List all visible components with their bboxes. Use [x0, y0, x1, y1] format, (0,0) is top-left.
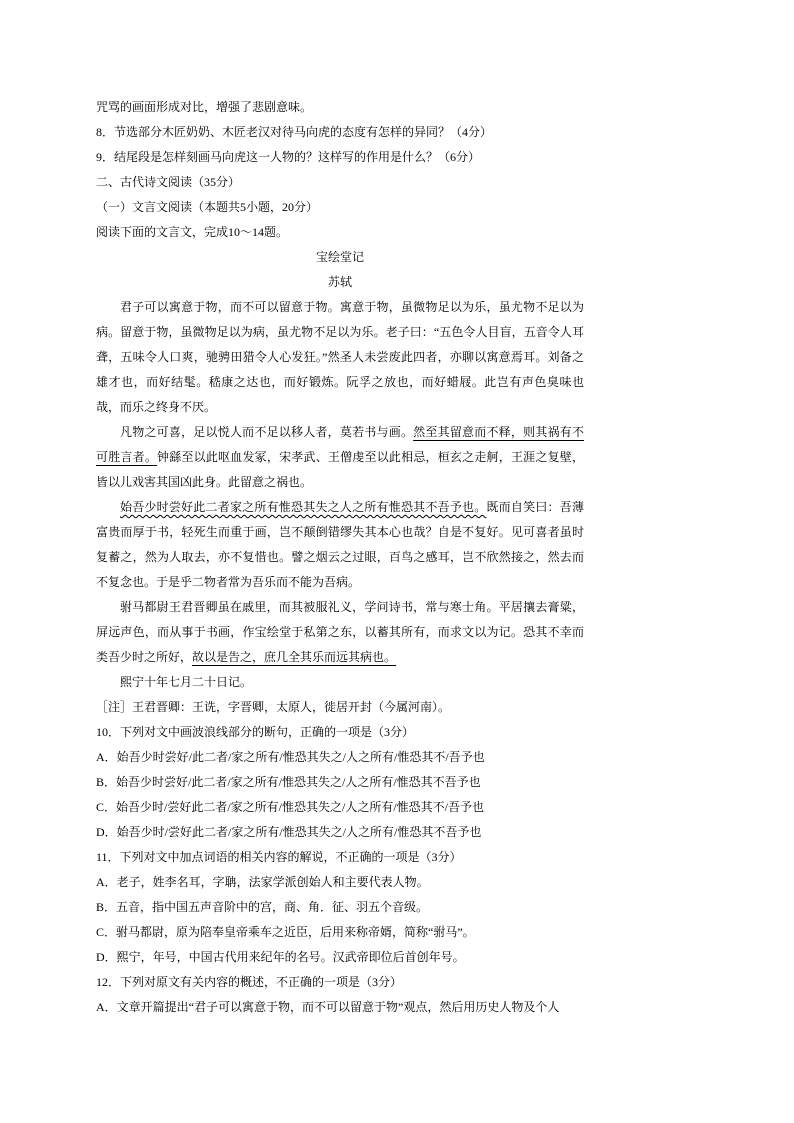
wavy-underlined-passage-segment: 始吾少时尝好此二者家之所有惟恐其失之人之所有惟恐其不吾予也。 [120, 500, 486, 514]
passage-title: 宝绘堂记 [96, 245, 584, 270]
passage-author: 苏轼 [96, 270, 584, 295]
passage-paragraph: 始吾少时尝好此二者家之所有惟恐其失之人之所有惟恐其不吾予也。既而自笑曰：吾薄富贵… [96, 495, 584, 595]
question-8: 8．节选部分木匠奶奶、木匠老汉对待马向虎的态度有怎样的异同？（4分） [96, 120, 584, 145]
exam-paper-page: 咒骂的画面形成对比，增强了悲剧意味。 8．节选部分木匠奶奶、木匠老汉对待马向虎的… [0, 0, 794, 1123]
passage-note: ［注］王君晋卿：王诜，字晋卿，太原人，徙居开封（今属河南）。 [96, 695, 584, 720]
passage-paragraph: 君子可以寓意于物，而不可以留意于物。寓意于物，虽微物足以为乐，虽尤物不足以为病。… [96, 295, 584, 420]
question-option: A．文章开篇提出“君子可以寓意于物，而不可以留意于物”观点，然后用历史人物及个人 [96, 995, 584, 1020]
passage-segment: 熙宁十年七月二十日记。 [120, 675, 252, 689]
passage-segment: 钟繇至以此呕血发冢，宋孝武、王僧虔至以此相忌，桓玄之走舸，王涯之复壁，皆以儿戏害… [96, 450, 584, 489]
question-option: C．始吾少时/尝好此二者/家之所有/惟恐其失之/人之所有/惟恐其不/吾予也 [96, 795, 584, 820]
question-stem: 12．下列对原文有关内容的概述，不正确的一项是（3分） [96, 970, 584, 995]
question-option: D．熙宁，年号，中国古代用来纪年的名号。汉武帝即位后首创年号。 [96, 945, 584, 970]
passage-body: 君子可以寓意于物，而不可以留意于物。寓意于物，虽微物足以为乐，虽尤物不足以为病。… [96, 295, 584, 695]
questions-block: 10．下列对文中画波浪线部分的断句，正确的一项是（3分）A．始吾少时尝好/此二者… [96, 720, 584, 1020]
question-option: A．老子，姓李名耳，字聃，法家学派创始人和主要代表人物。 [96, 870, 584, 895]
question-9: 9．结尾段是怎样刻画马向虎这一人物的？这样写的作用是什么？（6分） [96, 145, 584, 170]
passage-paragraph: 凡物之可喜，足以悦人而不足以移人者，莫若书与画。然至其留意而不释，则其祸有不可胜… [96, 420, 584, 495]
section-heading: 二、古代诗文阅读（35分） [96, 170, 584, 195]
question-option: B．五音，指中国五声音阶中的宫，商、角．征、羽五个音级。 [96, 895, 584, 920]
question-option: C．驸马都尉，原为陪奉皇帝乘车之近臣，后用来称帝婿，简称“驸马”。 [96, 920, 584, 945]
passage-segment: 君子可以寓意于物，而不可以留意于物。寓意于物，虽微物足以为乐，虽尤物不足以为病。… [96, 300, 584, 414]
previous-passage-closing-line: 咒骂的画面形成对比，增强了悲剧意味。 [96, 95, 584, 120]
reading-instruction: 阅读下面的文言文，完成10～14题。 [96, 220, 584, 245]
subsection-heading: （一）文言文阅读（本题共5小题，20分） [96, 195, 584, 220]
passage-paragraph: 驸马都尉王君晋卿虽在戚里，而其被服礼义，学问诗书，常与寒士角。平居攘去膏粱，屏远… [96, 595, 584, 670]
question-option: B．始吾少时尝好/此二者/家之所有/惟恐其失之/人之所有/惟恐其不吾予也 [96, 770, 584, 795]
passage-paragraph: 熙宁十年七月二十日记。 [96, 670, 584, 695]
underlined-passage-segment: 故以是告之，庶几全其乐而远其病也。 [192, 650, 396, 664]
question-stem: 10．下列对文中画波浪线部分的断句，正确的一项是（3分） [96, 720, 584, 745]
question-option: D．始吾少时/尝好此二者/家之所有/惟恐其失之/人之所有/惟恐其不吾予也 [96, 820, 584, 845]
question-option: A．始吾少时尝好/此二者/家之所有/惟恐其失之/人之所有/惟恐其不/吾予也 [96, 745, 584, 770]
question-stem: 11．下列对文中加点词语的相关内容的解说，不正确的一项是（3分） [96, 845, 584, 870]
page-content: 咒骂的画面形成对比，增强了悲剧意味。 8．节选部分木匠奶奶、木匠老汉对待马向虎的… [96, 95, 584, 1020]
passage-segment: 凡物之可喜，足以悦人而不足以移人者，莫若书与画。 [120, 425, 413, 439]
